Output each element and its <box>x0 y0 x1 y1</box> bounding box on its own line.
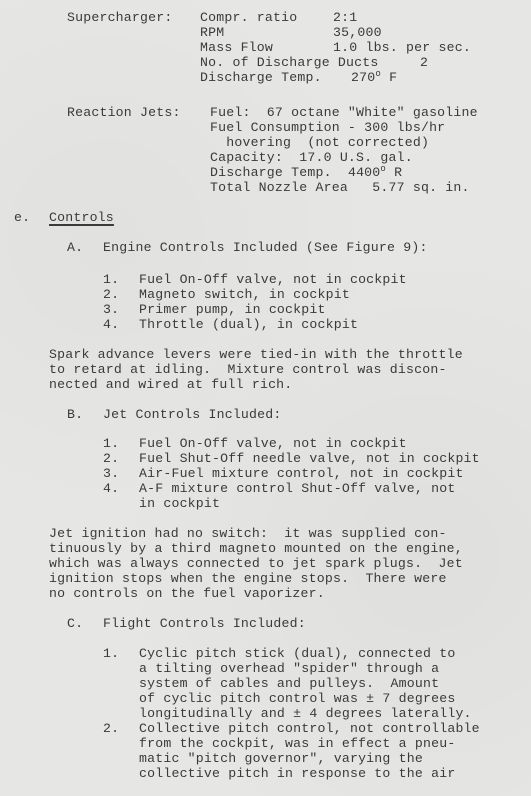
spec-value: 2:1 <box>333 10 357 25</box>
spec-value: 1.0 lbs. per sec. <box>333 40 471 55</box>
paragraph-line: Spark advance levers were tied-in with t… <box>49 347 463 362</box>
reaction-jets-label: Reaction Jets: <box>67 105 181 120</box>
list-item-continued: from the cockpit, was in effect a pneu- <box>139 736 455 751</box>
subsection-heading: Engine Controls Included (See Figure 9): <box>103 240 428 255</box>
list-item-continued: system of cables and pulleys. Amount <box>139 676 439 691</box>
list-num: 1. <box>103 436 119 451</box>
spec-name: No. of Discharge Ducts <box>200 55 379 70</box>
spec-name: Compr. ratio <box>200 10 297 25</box>
list-num: 4. <box>103 481 119 496</box>
spec-name: Discharge Temp. <box>200 70 322 85</box>
subsection-letter: A. <box>67 240 83 255</box>
list-num: 4. <box>103 317 119 332</box>
list-item-continued: collective pitch in response to the air <box>139 766 455 781</box>
list-item: Cyclic pitch stick (dual), connected to <box>139 646 455 661</box>
paragraph-line: no controls on the fuel vaporizer. <box>49 586 325 601</box>
spec-value: 270o F <box>351 70 397 85</box>
paragraph-line: ignition stops when the engine stops. Th… <box>49 571 447 586</box>
list-num: 2. <box>103 721 119 736</box>
paragraph-line: which was always connected to jet spark … <box>49 556 463 571</box>
list-item-continued: in cockpit <box>139 496 220 511</box>
section-letter: e. <box>14 210 30 225</box>
spec-value: 35,000 <box>333 25 382 40</box>
list-num: 3. <box>103 466 119 481</box>
paragraph-line: Jet ignition had no switch: it was suppl… <box>49 526 447 541</box>
list-num: 2. <box>103 451 119 466</box>
paragraph-line: to retard at idling. Mixture control was… <box>49 362 447 377</box>
paragraph-line: nected and wired at full rich. <box>49 377 292 392</box>
list-item: Throttle (dual), in cockpit <box>139 317 358 332</box>
list-item-continued: longitudinally and ± 4 degrees laterally… <box>139 706 472 721</box>
list-item-continued: a tilting overhead "spider" through a <box>139 661 439 676</box>
spec-name: RPM <box>200 25 224 40</box>
list-num: 1. <box>103 272 119 287</box>
list-item: Primer pump, in cockpit <box>139 302 326 317</box>
subsection-letter: B. <box>67 407 83 422</box>
jet-spec-line: Discharge Temp. 4400o R <box>210 165 402 180</box>
spec-name: Mass Flow <box>200 40 273 55</box>
list-item: Air-Fuel mixture control, not in cockpit <box>139 466 464 481</box>
jet-spec-line: Fuel: 67 octane "White" gasoline <box>210 105 478 120</box>
jet-spec-line: Fuel Consumption - 300 lbs/hr <box>210 120 445 135</box>
spec-value: 2 <box>420 55 428 70</box>
section-title: Controls <box>49 210 114 225</box>
jet-spec-line: hovering (not corrected) <box>210 135 429 150</box>
list-num: 2. <box>103 287 119 302</box>
subsection-heading: Jet Controls Included: <box>103 407 282 422</box>
list-item-continued: matic "pitch governor", varying the <box>139 751 423 766</box>
paragraph-line: tinuously by a third magneto mounted on … <box>49 541 463 556</box>
subsection-heading: Flight Controls Included: <box>103 616 306 631</box>
jet-spec-line: Total Nozzle Area 5.77 sq. in. <box>210 180 470 195</box>
list-item: Fuel Shut-Off needle valve, not in cockp… <box>139 451 480 466</box>
list-item: A-F mixture control Shut-Off valve, not <box>139 481 455 496</box>
list-item: Magneto switch, in cockpit <box>139 287 350 302</box>
list-item: Collective pitch control, not controllab… <box>139 721 480 736</box>
list-num: 1. <box>103 646 119 661</box>
list-item: Fuel On-Off valve, not in cockpit <box>139 436 407 451</box>
list-num: 3. <box>103 302 119 317</box>
list-item: Fuel On-Off valve, not in cockpit <box>139 272 407 287</box>
subsection-letter: C. <box>67 616 83 631</box>
supercharger-label: Supercharger: <box>67 10 172 25</box>
jet-spec-line: Capacity: 17.0 U.S. gal. <box>210 150 413 165</box>
list-item-continued: of cyclic pitch control was ± 7 degrees <box>139 691 455 706</box>
